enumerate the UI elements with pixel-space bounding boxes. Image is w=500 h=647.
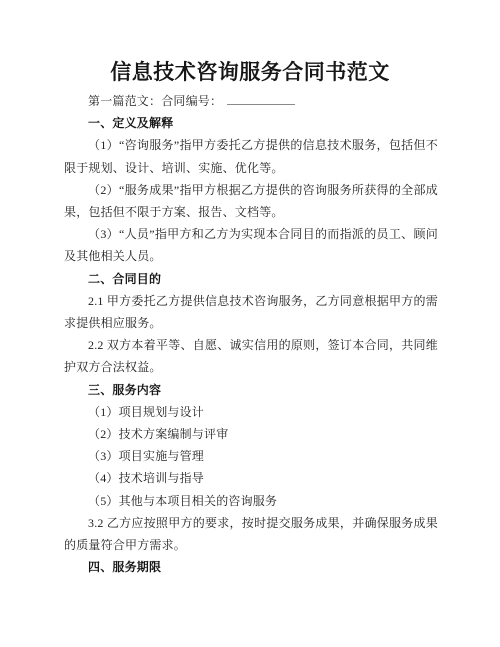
paragraph: （1）“咨询服务”指甲方委托乙方提供的信息技术服务，包括但不限于规划、设计、培训…: [64, 134, 438, 178]
paragraph-list: 一、定义及解释（1）“咨询服务”指甲方委托乙方提供的信息技术服务，包括但不限于规…: [64, 112, 438, 578]
section-heading: 四、服务期限: [64, 556, 438, 578]
paragraph: （3）项目实施与管理: [64, 445, 438, 467]
intro-line: 第一篇范文：合同编号：: [64, 90, 438, 112]
section-heading: 一、定义及解释: [64, 112, 438, 134]
paragraph: （3）“人员”指甲方和乙方为实现本合同目的而指派的员工、顾问及其他相关人员。: [64, 223, 438, 267]
paragraph: 2.1 甲方委托乙方提供信息技术咨询服务，乙方同意根据甲方的需求提供相应服务。: [64, 290, 438, 334]
paragraph: （2）“服务成果”指甲方根据乙方提供的咨询服务所获得的全部成果，包括但不限于方案…: [64, 179, 438, 223]
paragraph: （1）项目规划与设计: [64, 401, 438, 423]
contract-number-blank: [227, 91, 295, 105]
paragraph: 2.2 双方本着平等、自愿、诚实信用的原则，签订本合同，共同维护双方合法权益。: [64, 334, 438, 378]
document-title: 信息技术咨询服务合同书范文: [0, 57, 500, 87]
paragraph: （5）其他与本项目相关的咨询服务: [64, 490, 438, 512]
paragraph: （2）技术方案编制与评审: [64, 423, 438, 445]
paragraph: （4）技术培训与指导: [64, 467, 438, 489]
document-page: 信息技术咨询服务合同书范文 第一篇范文：合同编号： 一、定义及解释（1）“咨询服…: [0, 0, 500, 647]
document-body: 第一篇范文：合同编号： 一、定义及解释（1）“咨询服务”指甲方委托乙方提供的信息…: [64, 90, 438, 578]
section-heading: 三、服务内容: [64, 379, 438, 401]
paragraph: 3.2 乙方应按照甲方的要求，按时提交服务成果，并确保服务成果的质量符合甲方需求…: [64, 512, 438, 556]
section-heading: 二、合同目的: [64, 268, 438, 290]
intro-label: 第一篇范文：合同编号：: [88, 94, 222, 108]
